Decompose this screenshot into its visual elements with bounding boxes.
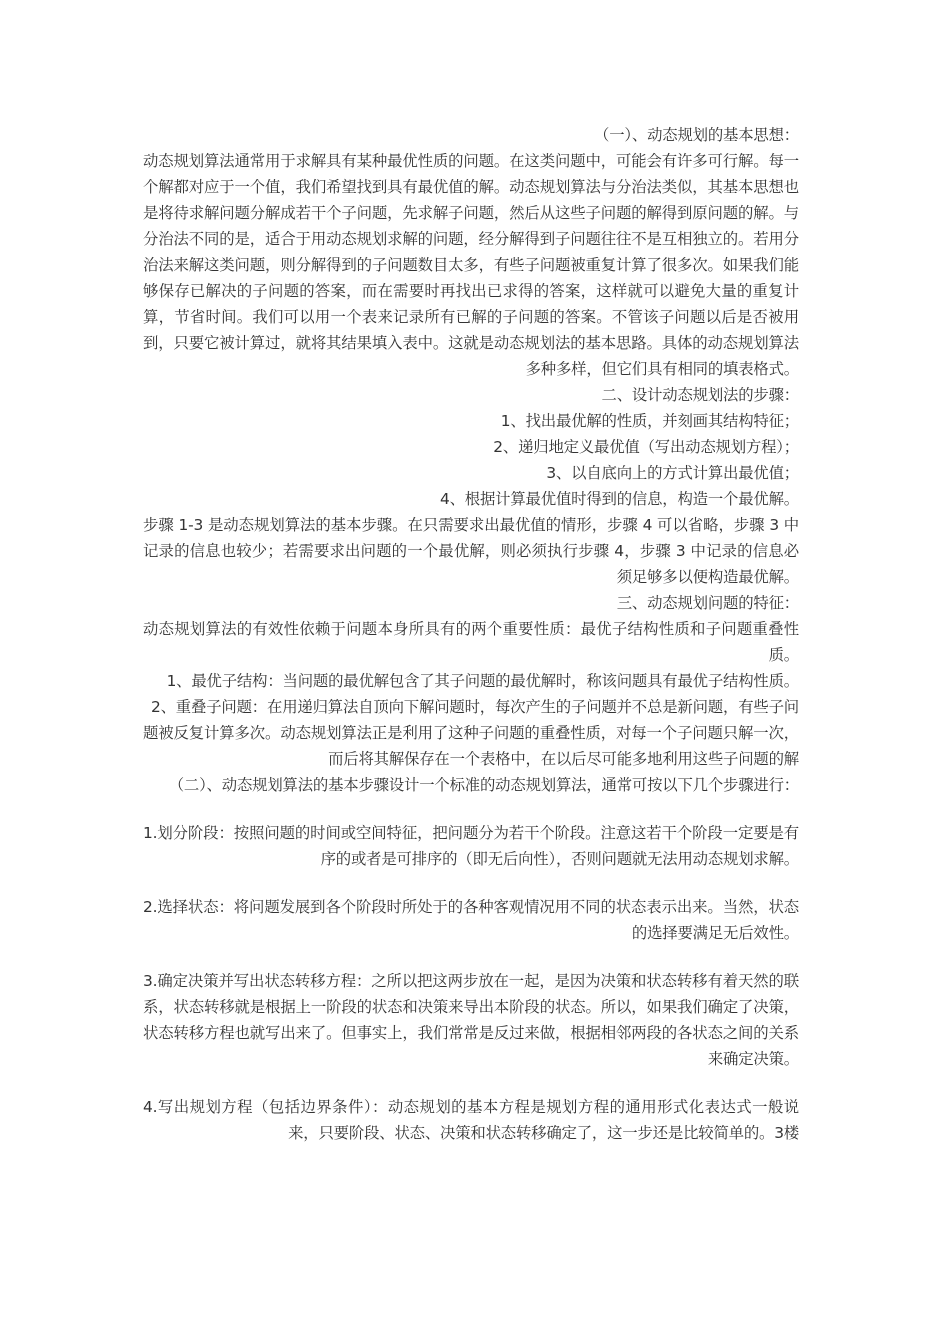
procedure-step-1: 1.划分阶段：按照问题的时间或空间特征，把问题分为若干个阶段。注意这若干个阶段一… — [143, 820, 799, 872]
spacer — [143, 872, 799, 894]
spacer — [143, 946, 799, 968]
spacer — [143, 1072, 799, 1094]
step-4: 4、根据计算最优值时得到的信息，构造一个最优解。 — [143, 486, 799, 512]
section3-intro: 动态规划算法的有效性依赖于问题本身所具有的两个重要性质：最优子结构性质和子问题重… — [143, 616, 799, 668]
procedure-step-4: 4.写出规划方程（包括边界条件）：动态规划的基本方程是规划方程的通用形式化表达式… — [143, 1094, 799, 1146]
section1-body: 动态规划算法通常用于求解具有某种最优性质的问题。在这类问题中，可能会有许多可行解… — [143, 148, 799, 382]
step-3: 3、以自底向上的方式计算出最优值； — [143, 460, 799, 486]
procedure-step-3: 3.确定决策并写出状态转移方程：之所以把这两步放在一起，是因为决策和状态转移有着… — [143, 968, 799, 1072]
feature-optimal-substructure: 1、最优子结构：当问题的最优解包含了其子问题的最优解时，称该问题具有最优子结构性… — [143, 668, 799, 694]
section-b-heading: （二）、动态规划算法的基本步骤设计一个标准的动态规划算法，通常可按以下几个步骤进… — [143, 772, 799, 798]
section2-heading: 二、设计动态规划法的步骤： — [143, 382, 799, 408]
section1-heading: （一）、动态规划的基本思想： — [143, 122, 799, 148]
step-2: 2、递归地定义最优值（写出动态规划方程）； — [143, 434, 799, 460]
steps-note: 步骤 1-3 是动态规划算法的基本步骤。在只需要求出最优值的情形，步骤 4 可以… — [143, 512, 799, 590]
spacer — [143, 798, 799, 820]
feature-overlapping-subproblems: 2、重叠子问题：在用递归算法自顶向下解问题时，每次产生的子问题并不总是新问题，有… — [143, 694, 799, 772]
document-page: （一）、动态规划的基本思想： 动态规划算法通常用于求解具有某种最优性质的问题。在… — [143, 122, 799, 1146]
step-1: 1、找出最优解的性质，并刻画其结构特征； — [143, 408, 799, 434]
section3-heading: 三、动态规划问题的特征： — [143, 590, 799, 616]
procedure-step-2: 2.选择状态：将问题发展到各个阶段时所处于的各种客观情况用不同的状态表示出来。当… — [143, 894, 799, 946]
